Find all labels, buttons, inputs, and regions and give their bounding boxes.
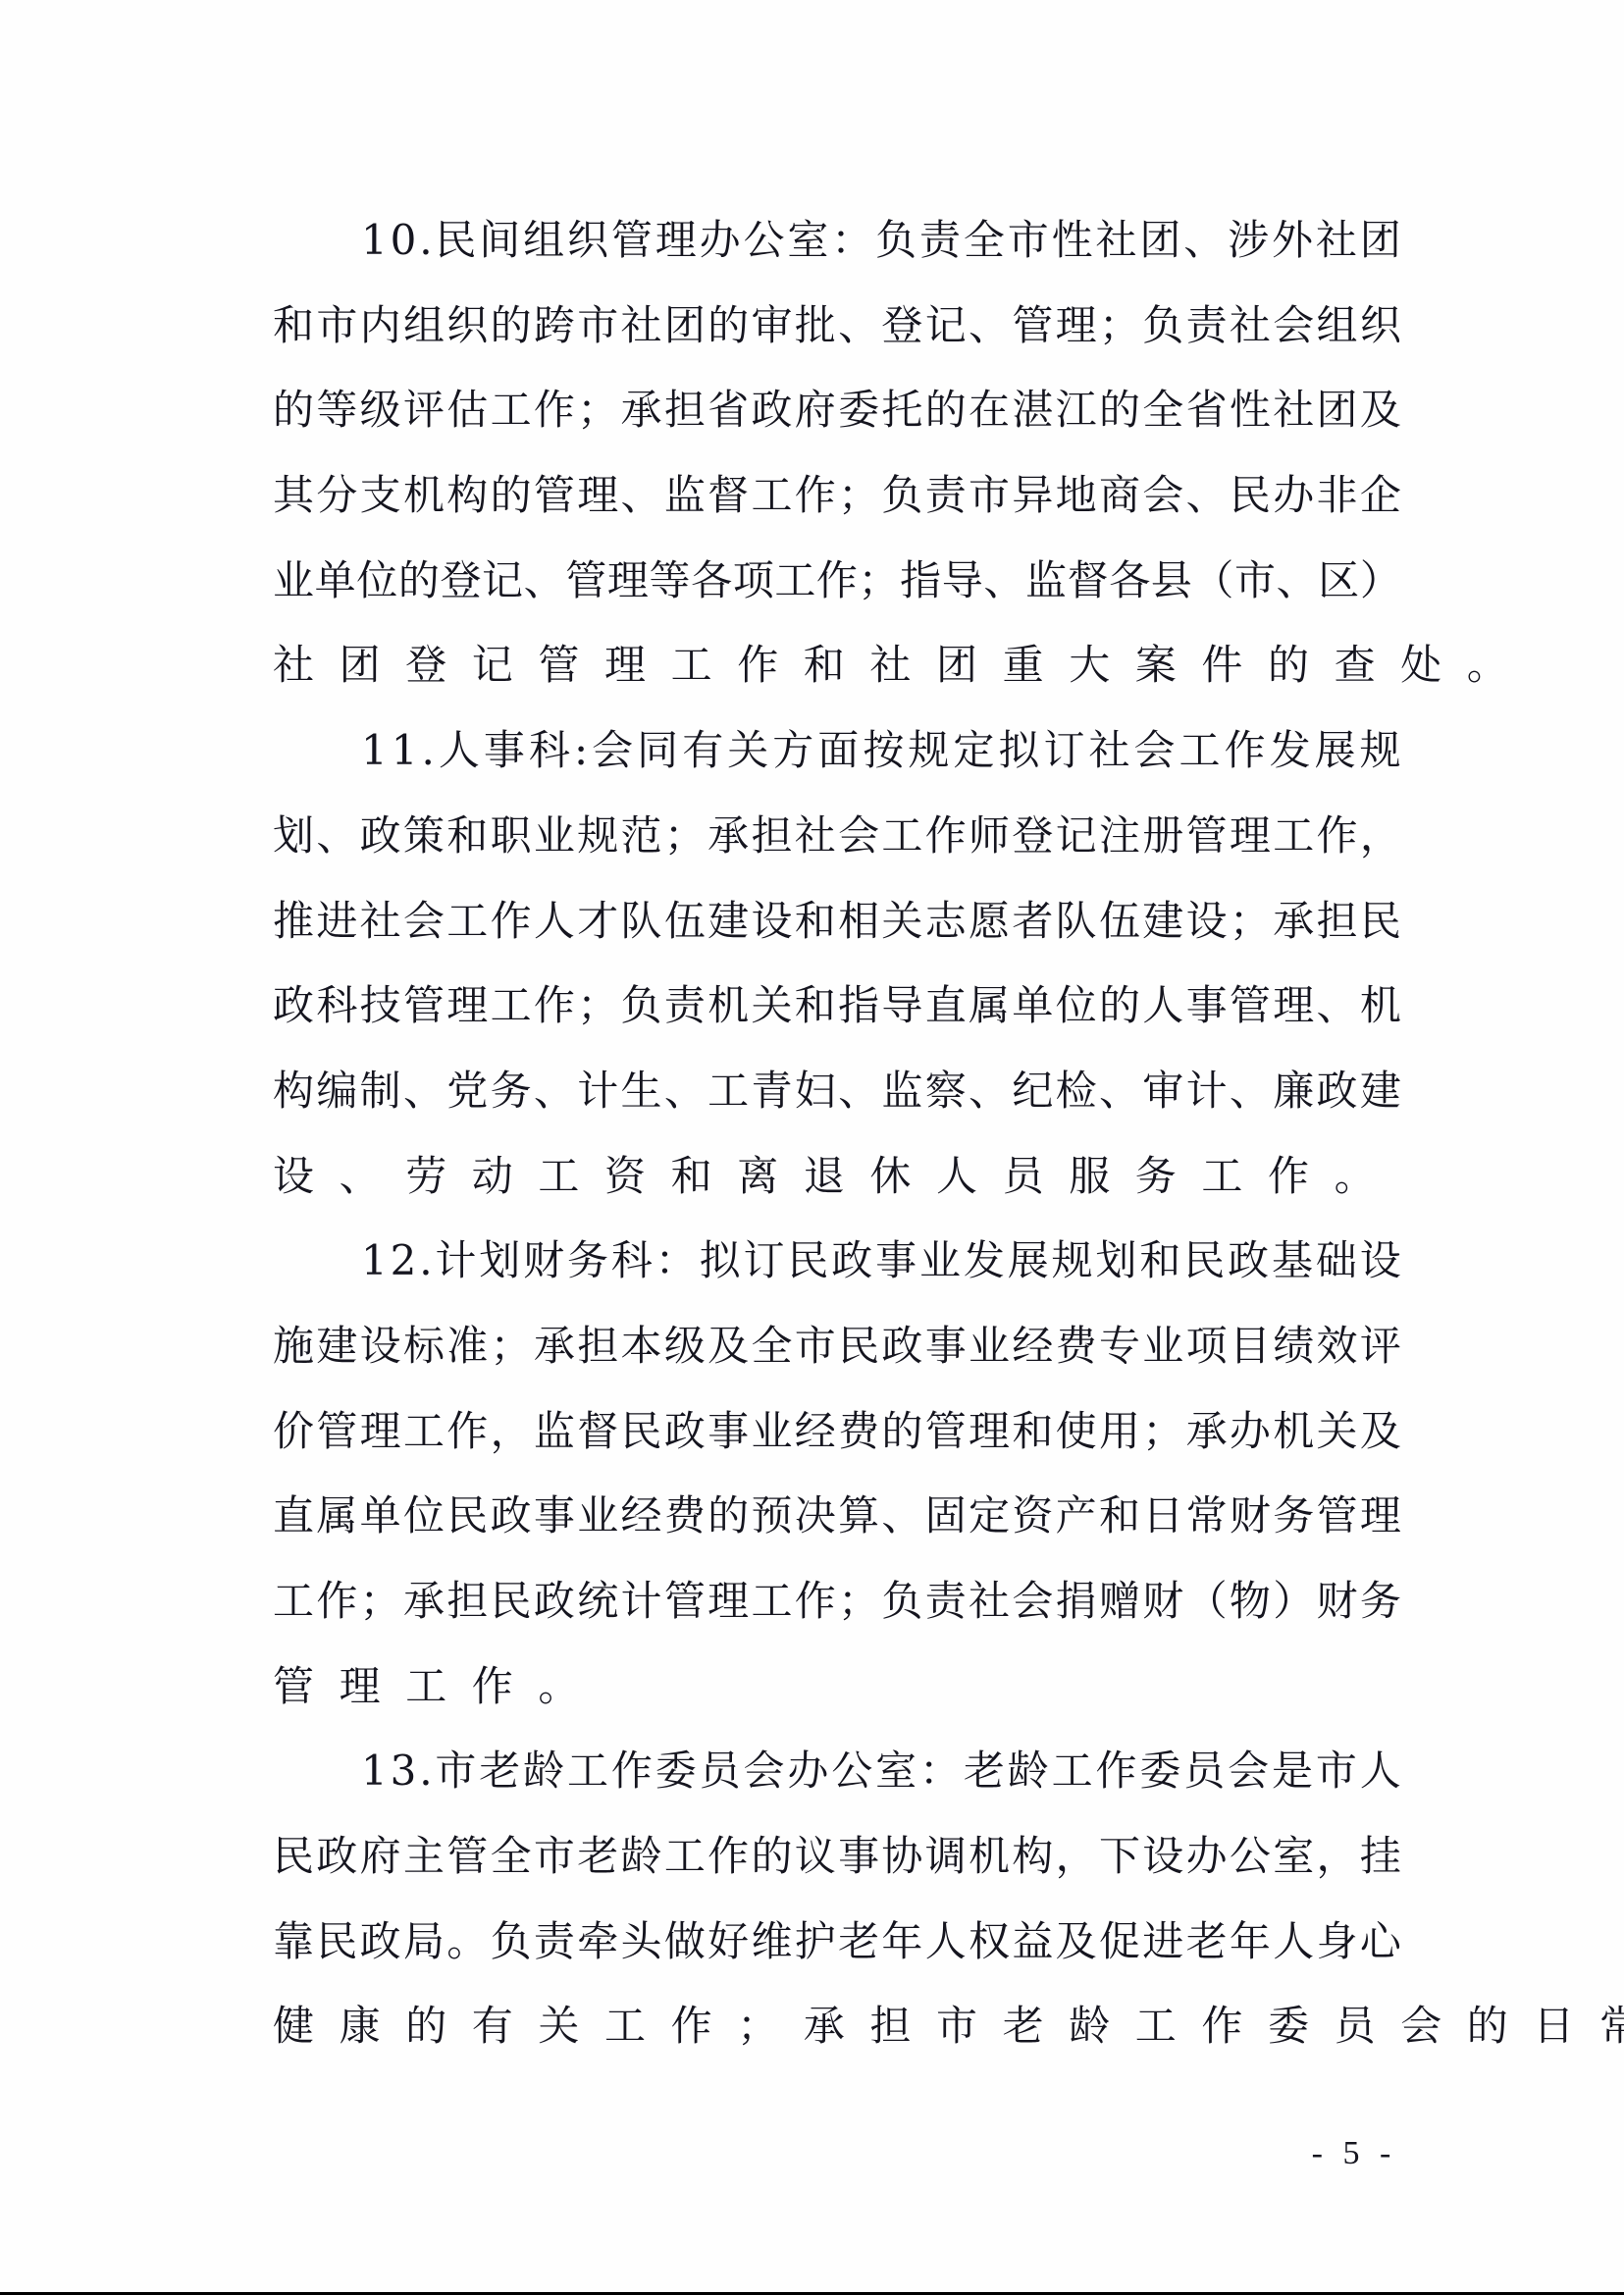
document-body: 10.民间组织管理办公室：负责全市性社团、涉外社团 和市内组织的跨市社团的审批、… — [273, 198, 1401, 2069]
page-number: - 5 - — [1295, 2131, 1413, 2176]
paragraph-line: 价管理工作，监督民政事业经费的管理和使用；承办机关及 — [273, 1389, 1401, 1475]
paragraph-line: 施建设标准；承担本级及全市民政事业经费专业项目绩效评 — [273, 1304, 1401, 1389]
section-11-personnel-division: 11.人事科:会同有关方面按规定拟订社会工作发展规 划、政策和职业规范；承担社会… — [273, 708, 1401, 1219]
section-13-aging-committee-office: 13.市老龄工作委员会办公室：老龄工作委员会是市人 民政府主管全市老龄工作的议事… — [273, 1729, 1401, 2069]
paragraph-line: 的等级评估工作；承担省政府委托的在湛江的全省性社团及 — [273, 368, 1401, 453]
paragraph-line: 构编制、党务、计生、工青妇、监察、纪检、审计、廉政建 — [273, 1049, 1401, 1134]
paragraph-line: 直属单位民政事业经费的预决算、固定资产和日常财务管理 — [273, 1474, 1401, 1559]
paragraph-line: 工作；承担民政统计管理工作；负责社会捐赠财（物）财务 — [273, 1559, 1401, 1644]
paragraph-line: 11.人事科:会同有关方面按规定拟订社会工作发展规 — [361, 708, 1401, 794]
paragraph-line: 管理工作。 — [273, 1644, 1401, 1730]
paragraph-line: 设、劳动工资和离退休人员服务工作。 — [273, 1134, 1401, 1220]
section-10-civil-organization-office: 10.民间组织管理办公室：负责全市性社团、涉外社团 和市内组织的跨市社团的审批、… — [273, 198, 1401, 708]
paragraph-line: 健康的有关工作；承担市老龄工作委员会的日常工作。 — [273, 1984, 1401, 2069]
paragraph-line: 政科技管理工作；负责机关和指导直属单位的人事管理、机 — [273, 964, 1401, 1049]
paragraph-line: 业单位的登记、管理等各项工作；指导、监督各县（市、区） — [273, 539, 1401, 624]
paragraph-line: 社团登记管理工作和社团重大案件的查处。 — [273, 623, 1401, 708]
paragraph-line: 靠民政局。负责牵头做好维护老年人权益及促进老年人身心 — [273, 1900, 1401, 1985]
document-page: 10.民间组织管理办公室：负责全市性社团、涉外社团 和市内组织的跨市社团的审批、… — [0, 0, 1624, 2295]
paragraph-line: 和市内组织的跨市社团的审批、登记、管理；负责社会组织 — [273, 284, 1401, 369]
paragraph-line: 推进社会工作人才队伍建设和相关志愿者队伍建设；承担民 — [273, 879, 1401, 965]
paragraph-line: 其分支机构的管理、监督工作；负责市异地商会、民办非企 — [273, 453, 1401, 539]
paragraph-line: 10.民间组织管理办公室：负责全市性社团、涉外社团 — [361, 198, 1401, 284]
paragraph-line: 划、政策和职业规范；承担社会工作师登记注册管理工作， — [273, 794, 1401, 879]
paragraph-line: 13.市老龄工作委员会办公室：老龄工作委员会是市人 — [361, 1729, 1401, 1814]
paragraph-line: 12.计划财务科：拟订民政事业发展规划和民政基础设 — [361, 1219, 1401, 1304]
paragraph-line: 民政府主管全市老龄工作的议事协调机构，下设办公室，挂 — [273, 1814, 1401, 1900]
section-12-planning-finance-division: 12.计划财务科：拟订民政事业发展规划和民政基础设 施建设标准；承担本级及全市民… — [273, 1219, 1401, 1729]
